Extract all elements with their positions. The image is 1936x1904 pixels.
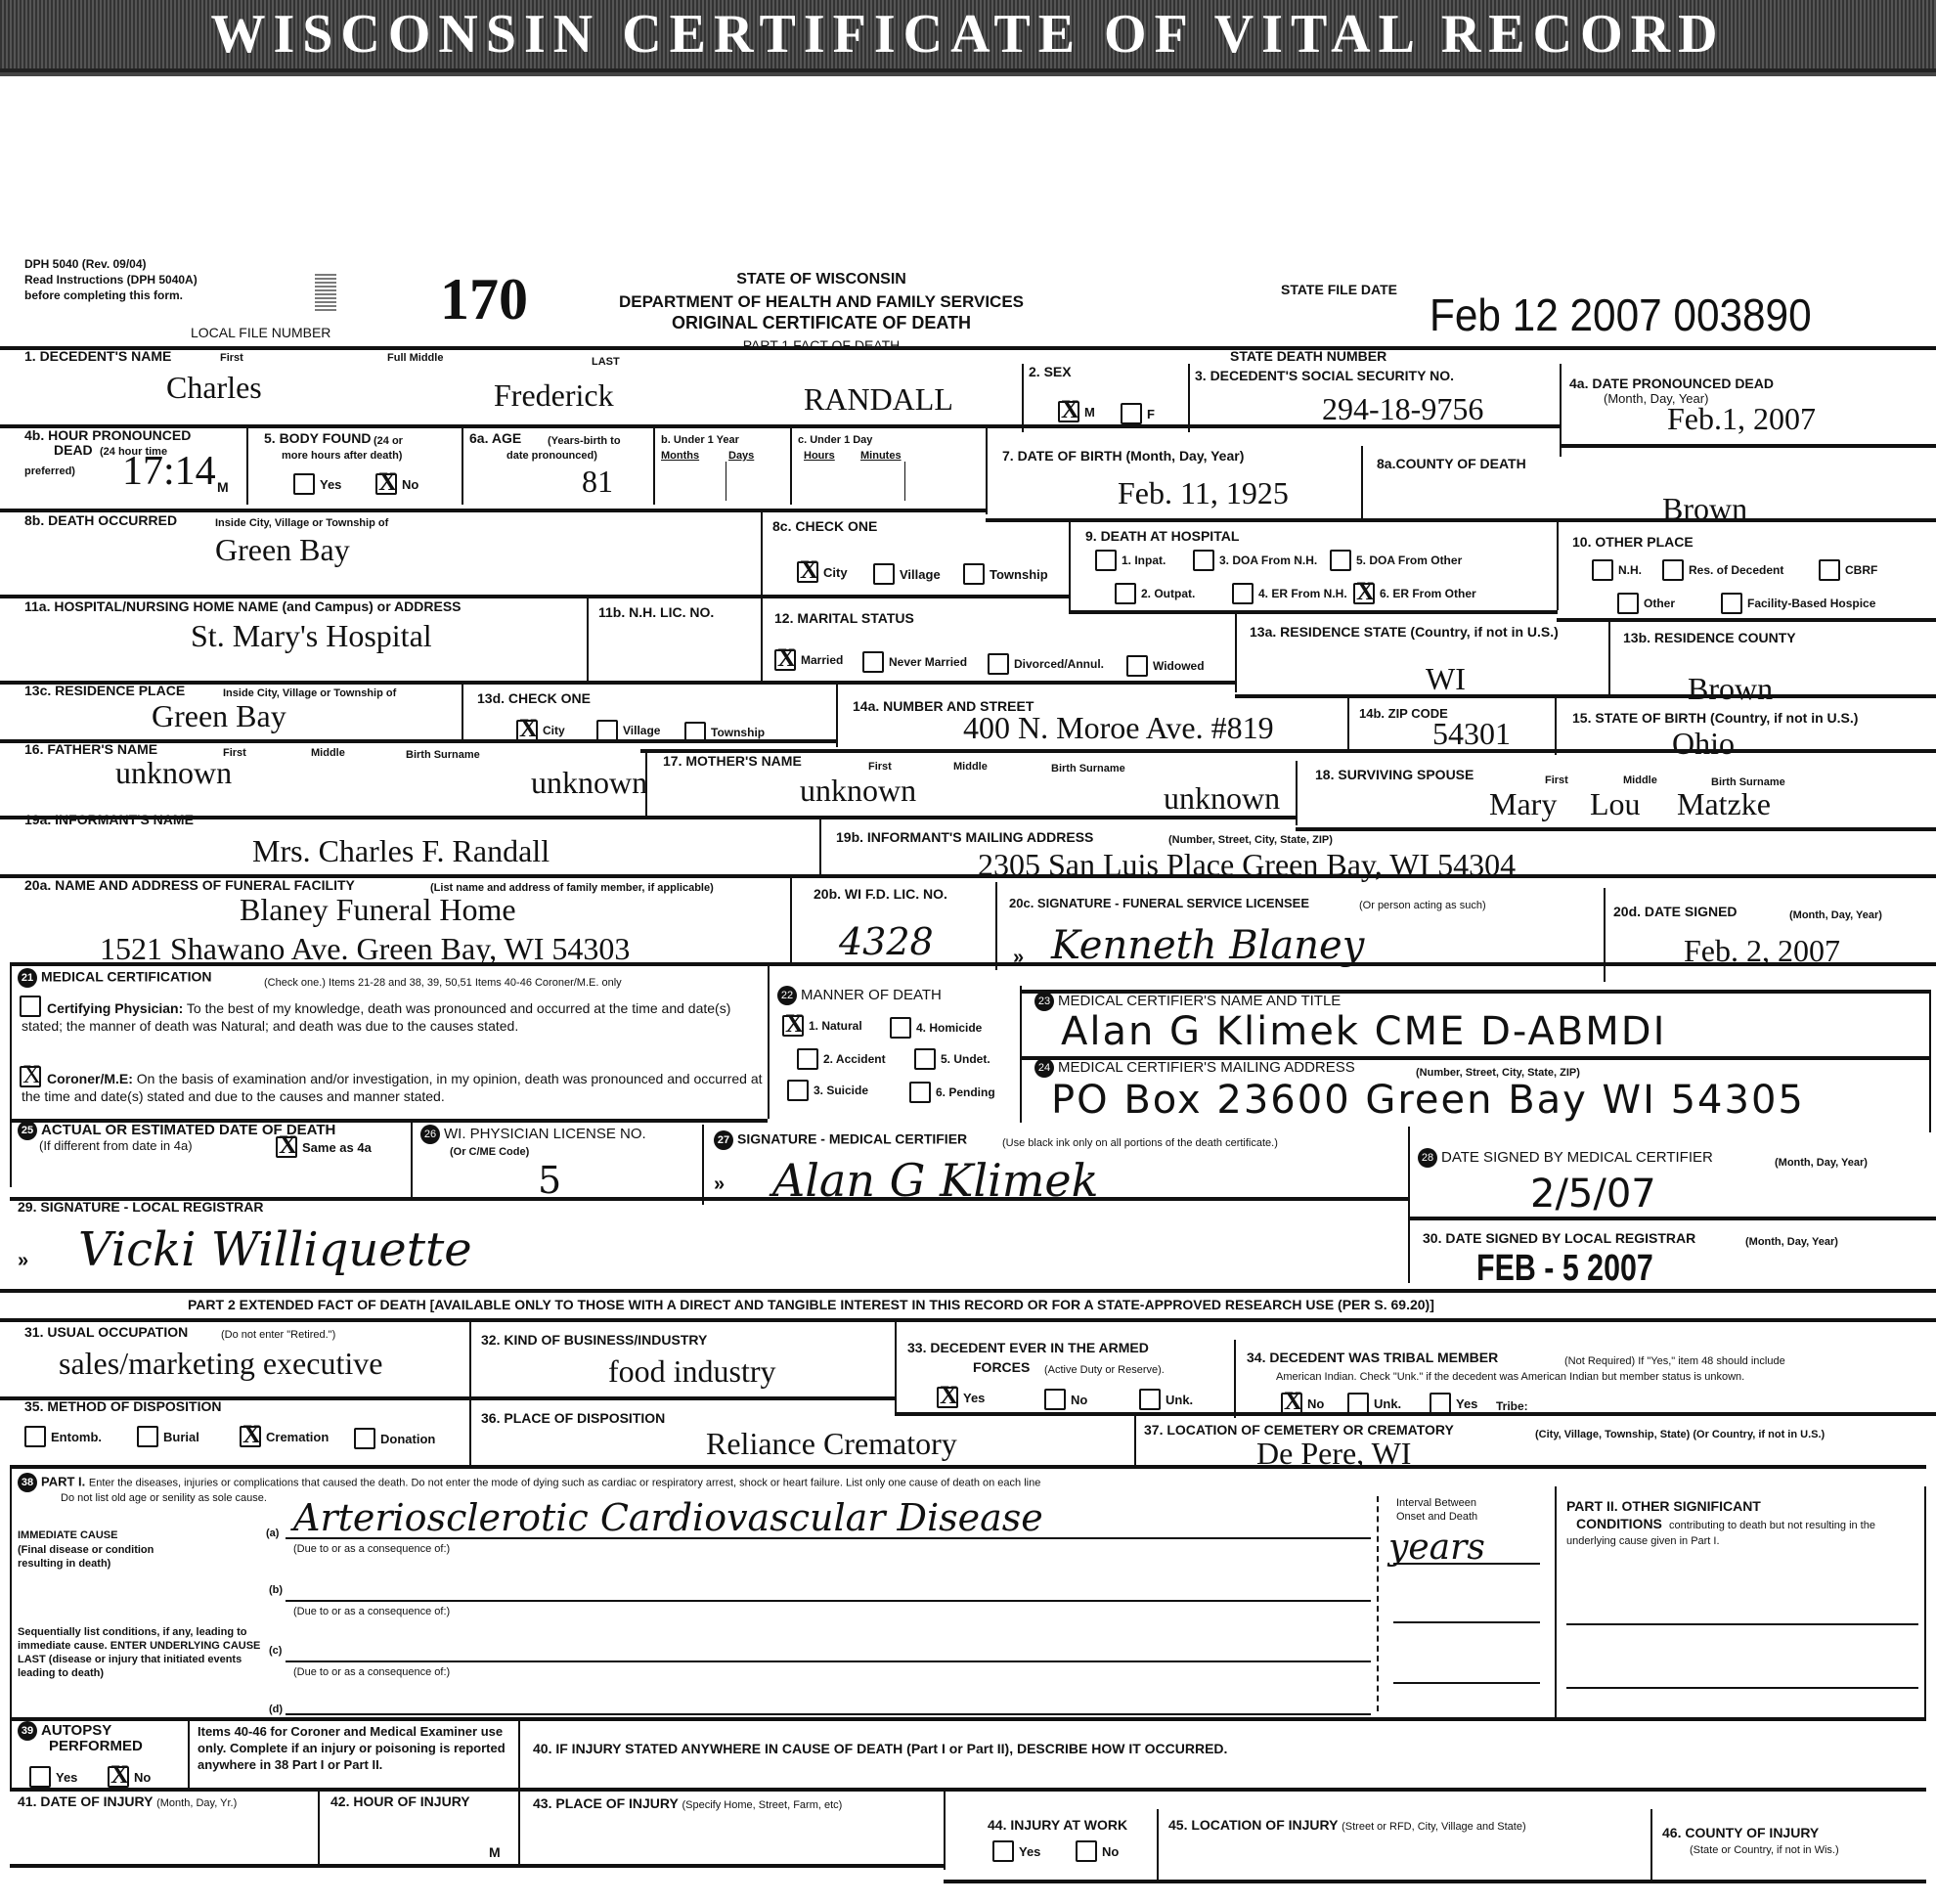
checkbox-res-city[interactable] <box>516 720 538 741</box>
check-one-label: 8c. CHECK ONE <box>772 518 877 534</box>
medical-cert-label: 21MEDICAL CERTIFICATION <box>18 968 211 988</box>
occupation-label: 31. USUAL OCCUPATION <box>24 1324 188 1340</box>
hospital-outpat[interactable]: 2. Outpat. <box>1115 583 1195 604</box>
fd-lic-value[interactable]: 4328 <box>839 921 934 962</box>
marital-married[interactable]: Married <box>774 649 843 671</box>
funeral-facility-name[interactable]: Blaney Funeral Home <box>240 892 516 927</box>
under-1-year-label: b. Under 1 Year <box>661 432 739 448</box>
industry-label: 32. KIND OF BUSINESS/INDUSTRY <box>481 1332 707 1348</box>
injury-description-label: 40. IF INJURY STATED ANYWHERE IN CAUSE O… <box>533 1741 1227 1756</box>
cause-a-interval[interactable]: years <box>1388 1528 1485 1568</box>
checkbox-male[interactable] <box>1058 401 1079 422</box>
certificate-title: ORIGINAL CERTIFICATE OF DEATH <box>577 315 1066 331</box>
local-file-number: 170 <box>440 266 528 333</box>
checkbox-tribal-yes[interactable] <box>1430 1393 1451 1414</box>
residence-state-value[interactable]: WI <box>1426 661 1466 696</box>
physician-statement: Certifying Physician: To the best of my … <box>22 999 765 1035</box>
checkbox-other[interactable] <box>1617 593 1639 614</box>
interval-label: Interval Between Onset and Death <box>1396 1496 1504 1524</box>
checkbox-nh[interactable] <box>1592 559 1613 581</box>
tribal-unk[interactable]: Unk. <box>1347 1393 1401 1414</box>
tribal-yes[interactable]: Yes <box>1430 1393 1477 1414</box>
body-found-label: 5. BODY FOUND <box>264 430 371 446</box>
county-of-death-label: 8a.COUNTY OF DEATH <box>1377 456 1526 471</box>
residence-place-value[interactable]: Green Bay <box>152 698 286 733</box>
checkbox-res-village[interactable] <box>596 720 618 741</box>
divider <box>0 346 1936 350</box>
ssn-label: 3. DECEDENT'S SOCIAL SECURITY NO. <box>1195 368 1454 383</box>
checkbox-village[interactable] <box>873 563 895 585</box>
marital-never-married[interactable]: Never Married <box>862 651 967 673</box>
cause-part1-heading: 38PART I. Enter the diseases, injuries o… <box>18 1473 1040 1492</box>
checkbox-burial[interactable] <box>137 1426 158 1447</box>
other-place-label: 10. OTHER PLACE <box>1572 534 1694 550</box>
registrar-date-label: 30. DATE SIGNED BY LOCAL REGISTRAR <box>1423 1230 1695 1246</box>
checkbox-injury-work-yes[interactable] <box>992 1840 1014 1862</box>
checkbox-er-other[interactable] <box>1353 583 1375 604</box>
cause-a-value[interactable]: Arteriosclerotic Cardiovascular Disease <box>293 1496 1043 1539</box>
autopsy-yes[interactable]: Yes <box>29 1766 77 1788</box>
other-place-residence[interactable]: Res. of Decedent <box>1662 559 1783 581</box>
marital-divorced[interactable]: Divorced/Annul. <box>988 653 1104 675</box>
disposition-method-label: 35. METHOD OF DISPOSITION <box>24 1398 221 1414</box>
hospital-name-label: 11a. HOSPITAL/NURSING HOME NAME (and Cam… <box>24 598 462 614</box>
injury-place-label: 43. PLACE OF INJURY (Specify Home, Stree… <box>533 1795 842 1813</box>
checkbox-never-married[interactable] <box>862 651 884 673</box>
funeral-facility-label: 20a. NAME AND ADDRESS OF FUNERAL FACILIT… <box>24 877 355 893</box>
disposition-place-label: 36. PLACE OF DISPOSITION <box>481 1410 665 1426</box>
hospital-doa-nh[interactable]: 3. DOA From N.H. <box>1193 550 1317 571</box>
injury-at-work-no[interactable]: No <box>1076 1840 1119 1862</box>
armed-forces-no[interactable]: No <box>1044 1389 1087 1410</box>
certifier-address-value[interactable]: PO Box 23600 Green Bay WI 54305 <box>1051 1080 1805 1121</box>
checkbox-donation[interactable] <box>354 1428 375 1449</box>
hospital-er-other[interactable]: 6. ER From Other <box>1353 583 1476 604</box>
signature-arrow-icon: » <box>18 1250 28 1272</box>
dob-value[interactable]: Feb. 11, 1925 <box>1118 475 1289 510</box>
banner-title: WISCONSIN CERTIFICATE OF VITAL RECORD <box>147 4 1789 65</box>
checkbox-tribal-no[interactable] <box>1281 1393 1302 1414</box>
other-place-other[interactable]: Other <box>1617 593 1675 614</box>
decedent-last-name[interactable]: RANDALL <box>804 381 953 417</box>
instructions-line-2: before completing this form. <box>24 288 183 303</box>
residence-check-label: 13d. CHECK ONE <box>477 690 591 706</box>
date-signed-label: 20d. DATE SIGNED <box>1613 904 1738 919</box>
disposition-place-value[interactable]: Reliance Crematory <box>706 1426 957 1461</box>
armed-forces-yes[interactable]: Yes <box>937 1387 985 1408</box>
checkbox-entomb[interactable] <box>24 1426 46 1447</box>
state-file-date: Feb 12 2007 003890 <box>1430 288 1812 341</box>
mother-name-label: 17. MOTHER'S NAME <box>663 753 802 769</box>
marital-widowed[interactable]: Widowed <box>1126 655 1205 677</box>
death-at-hospital-label: 9. DEATH AT HOSPITAL <box>1085 528 1239 544</box>
checkbox-city[interactable] <box>797 561 818 583</box>
manner-natural[interactable]: 1. Natural <box>782 1015 862 1037</box>
checkbox-township[interactable] <box>963 563 985 585</box>
manner-of-death-label: 22MANNER OF DEATH <box>777 986 942 1005</box>
checkbox-divorced[interactable] <box>988 653 1009 675</box>
checkbox-residence[interactable] <box>1662 559 1684 581</box>
injury-hour-label: 42. HOUR OF INJURY <box>330 1793 470 1809</box>
manner-undetermined[interactable]: 5. Undet. <box>914 1048 990 1070</box>
last-label: LAST <box>592 354 620 370</box>
tribal-no[interactable]: No <box>1281 1393 1324 1414</box>
checkbox-inpat[interactable] <box>1095 550 1117 571</box>
death-place-city[interactable]: City <box>797 561 848 583</box>
certifier-date-value[interactable]: 2/5/07 <box>1530 1173 1656 1215</box>
instructions-line-1: Read Instructions (DPH 5040A) <box>24 272 198 288</box>
checkbox-same-as-4a[interactable] <box>276 1136 297 1158</box>
hospital-er-nh[interactable]: 4. ER From N.H. <box>1232 583 1347 604</box>
spouse-middle-value[interactable]: Lou <box>1590 786 1641 821</box>
date-pronounced-label: 4a. DATE PRONOUNCED DEAD <box>1569 376 1774 391</box>
state-of-birth-value[interactable]: Ohio <box>1672 726 1735 761</box>
department-title: DEPARTMENT OF HEALTH AND FAMILY SERVICES <box>577 294 1066 310</box>
injury-county-label: 46. COUNTY OF INJURY <box>1662 1825 1819 1840</box>
certifier-signature-label: 27SIGNATURE - MEDICAL CERTIFIER <box>714 1130 967 1150</box>
state-title: STATE OF WISCONSIN <box>577 272 1066 288</box>
banner-divider <box>0 72 1936 76</box>
hour-pronounced-label: 4b. HOUR PRONOUNCED <box>24 427 191 443</box>
other-place-nh[interactable]: N.H. <box>1592 559 1642 581</box>
certifier-date-label: 28DATE SIGNED BY MEDICAL CERTIFIER <box>1418 1148 1713 1168</box>
signature-arrow-icon: » <box>714 1173 725 1196</box>
state-file-date-label: STATE FILE DATE <box>1281 282 1397 297</box>
registrar-signature[interactable]: Vicki Williquette <box>78 1222 472 1277</box>
checkbox-married[interactable] <box>774 649 796 671</box>
checkbox-natural[interactable] <box>782 1015 804 1037</box>
decedent-first-name[interactable]: Charles <box>166 370 262 405</box>
first-label: First <box>220 350 243 366</box>
hospital-inpat[interactable]: 1. Inpat. <box>1095 550 1166 571</box>
hospital-doa-other[interactable]: 5. DOA From Other <box>1330 550 1462 571</box>
age-label: 6a. AGE <box>469 430 521 446</box>
state-of-birth-label: 15. STATE OF BIRTH (Country, if not in U… <box>1572 710 1858 726</box>
state-death-number-label: STATE DEATH NUMBER <box>1230 348 1386 364</box>
residence-city[interactable]: City <box>516 720 565 741</box>
decedent-name-label: 1. DECEDENT'S NAME <box>24 348 171 364</box>
checkbox-armed-unk[interactable] <box>1139 1389 1161 1410</box>
informant-name-value[interactable]: Mrs. Charles F. Randall <box>252 833 550 868</box>
autopsy-no[interactable]: No <box>108 1766 151 1788</box>
father-surname-value[interactable]: unknown <box>531 765 647 800</box>
checkbox-hospice[interactable] <box>1721 593 1742 614</box>
local-file-number-label: LOCAL FILE NUMBER <box>191 325 330 340</box>
other-place-hospice[interactable]: Facility-Based Hospice <box>1721 593 1875 614</box>
ssn-value[interactable]: 294-18-9756 <box>1322 391 1483 426</box>
checkbox-cremation[interactable] <box>240 1426 261 1447</box>
age-value[interactable]: 81 <box>582 464 613 499</box>
checkbox-widowed[interactable] <box>1126 655 1148 677</box>
funeral-facility-address[interactable]: 1521 Shawano Ave. Green Bay, WI 54303 <box>100 931 630 966</box>
checkbox-pending[interactable] <box>909 1082 931 1103</box>
injury-at-work-label: 44. INJURY AT WORK <box>988 1817 1127 1833</box>
form-id: DPH 5040 (Rev. 09/04) <box>24 256 147 272</box>
funeral-signature-label: 20c. SIGNATURE - FUNERAL SERVICE LICENSE… <box>1009 896 1309 911</box>
registrar-signature-label: 29. SIGNATURE - LOCAL REGISTRAR <box>18 1199 264 1215</box>
checkbox-doa-nh[interactable] <box>1193 550 1214 571</box>
checkbox-armed-yes[interactable] <box>937 1387 958 1408</box>
registrar-date-stamp[interactable]: FEB - 5 2007 <box>1476 1248 1653 1290</box>
spouse-surname-value[interactable]: Matzke <box>1677 786 1771 821</box>
mother-surname-value[interactable]: unknown <box>1164 780 1280 816</box>
sex-label: 2. SEX <box>1029 364 1072 379</box>
disposition-entomb[interactable]: Entomb. <box>24 1426 102 1447</box>
armed-forces-unk[interactable]: Unk. <box>1139 1389 1193 1410</box>
injury-location-label: 45. LOCATION OF INJURY (Street or RFD, C… <box>1168 1817 1526 1835</box>
injury-at-work-yes[interactable]: Yes <box>992 1840 1040 1862</box>
death-occurred-value[interactable]: Green Bay <box>215 532 350 567</box>
residence-village[interactable]: Village <box>596 720 660 741</box>
sex-female-option[interactable]: F <box>1121 403 1155 424</box>
injury-date-label: 41. DATE OF INJURY (Month, Day, Yr.) <box>18 1793 237 1811</box>
other-place-cbrf[interactable]: CBRF <box>1819 559 1877 581</box>
industry-value[interactable]: food industry <box>608 1353 776 1389</box>
coroner-statement: Coroner/M.E: On the basis of examination… <box>22 1070 765 1105</box>
sex-male-option[interactable]: M <box>1058 401 1095 422</box>
part1-title: PART 1 FACT OF DEATH <box>577 337 1066 353</box>
residence-place-label: 13c. RESIDENCE PLACE <box>24 683 185 698</box>
dob-label: 7. DATE OF BIRTH (Month, Day, Year) <box>1002 448 1244 464</box>
certificate-banner: WISCONSIN CERTIFICATE OF VITAL RECORD <box>0 0 1936 74</box>
date-pronounced-value[interactable]: Feb.1, 2007 <box>1667 401 1816 436</box>
disposition-donation[interactable]: Donation <box>354 1428 435 1449</box>
body-found-no[interactable]: No <box>375 473 418 495</box>
middle-label: Full Middle <box>387 350 443 366</box>
decedent-middle-name[interactable]: Frederick <box>494 377 614 413</box>
checkbox-undetermined[interactable] <box>914 1048 936 1070</box>
same-as-4a-option[interactable]: Same as 4a <box>276 1136 372 1158</box>
manner-accident[interactable]: 2. Accident <box>797 1048 886 1070</box>
checkbox-armed-no[interactable] <box>1044 1389 1066 1410</box>
checkbox-autopsy-no[interactable] <box>108 1766 129 1788</box>
sequential-instructions: Sequentially list conditions, if any, le… <box>18 1625 262 1680</box>
checkbox-body-found-no[interactable] <box>375 473 397 495</box>
certifier-name-value[interactable]: Alan G Klimek CME D-ABMDI <box>1061 1011 1666 1052</box>
checkbox-injury-work-no[interactable] <box>1076 1840 1097 1862</box>
zip-value[interactable]: 54301 <box>1432 716 1511 751</box>
death-place-township[interactable]: Township <box>963 563 1048 585</box>
informant-name-label: 19a. INFORMANT'S NAME <box>24 812 194 827</box>
mother-first-value[interactable]: unknown <box>800 773 916 808</box>
armed-forces-label: 33. DECEDENT EVER IN THE ARMED <box>907 1340 1149 1355</box>
checkbox-accident[interactable] <box>797 1048 818 1070</box>
fd-lic-label: 20b. WI F.D. LIC. NO. <box>814 886 947 902</box>
manner-suicide[interactable]: 3. Suicide <box>787 1080 868 1101</box>
license-no-value[interactable]: 5 <box>538 1160 561 1201</box>
spouse-first-value[interactable]: Mary <box>1489 786 1557 821</box>
checkbox-cbrf[interactable] <box>1819 559 1840 581</box>
informant-address-label: 19b. INFORMANT'S MAILING ADDRESS <box>836 829 1093 845</box>
disposition-burial[interactable]: Burial <box>137 1426 199 1447</box>
immediate-cause-label: IMMEDIATE CAUSE <box>18 1528 117 1543</box>
residence-county-label: 13b. RESIDENCE COUNTY <box>1623 630 1796 645</box>
license-no-label: 26WI. PHYSICIAN LICENSE NO. <box>420 1125 646 1144</box>
manner-pending[interactable]: 6. Pending <box>909 1082 995 1103</box>
death-occurred-label: 8b. DEATH OCCURRED <box>24 512 177 528</box>
hospital-name-value[interactable]: St. Mary's Hospital <box>191 618 432 653</box>
nh-lic-label: 11b. N.H. LIC. NO. <box>598 604 714 620</box>
certifier-name-label: 23MEDICAL CERTIFIER'S NAME AND TITLE <box>1034 992 1341 1011</box>
other-conditions-label: PART II. OTHER SIGNIFICANT <box>1566 1498 1761 1514</box>
checkbox-suicide[interactable] <box>787 1080 809 1101</box>
checkbox-er-nh[interactable] <box>1232 583 1254 604</box>
checkbox-body-found-yes[interactable] <box>293 473 315 495</box>
occupation-value[interactable]: sales/marketing executive <box>59 1346 382 1381</box>
body-found-yes[interactable]: Yes <box>293 473 341 495</box>
residence-county-value[interactable]: Brown <box>1688 671 1773 706</box>
coroner-note: Items 40-46 for Coroner and Medical Exam… <box>198 1723 510 1773</box>
checkbox-homicide[interactable] <box>890 1017 911 1039</box>
hour-pronounced-value[interactable]: 17:14 <box>122 448 216 495</box>
spouse-label: 18. SURVIVING SPOUSE <box>1315 767 1474 782</box>
residence-state-label: 13a. RESIDENCE STATE (Country, if not in… <box>1250 624 1559 640</box>
tribal-member-label: 34. DECEDENT WAS TRIBAL MEMBER <box>1247 1350 1498 1365</box>
marital-status-label: 12. MARITAL STATUS <box>774 610 914 626</box>
checkbox-tribal-unk[interactable] <box>1347 1393 1369 1414</box>
checkbox-doa-other[interactable] <box>1330 550 1351 571</box>
death-place-village[interactable]: Village <box>873 563 941 585</box>
checkbox-female[interactable] <box>1121 403 1142 424</box>
certifier-address-label: 24MEDICAL CERTIFIER'S MAILING ADDRESS <box>1034 1058 1355 1078</box>
father-first-value[interactable]: unknown <box>115 755 232 790</box>
part2-title: PART 2 EXTENDED FACT OF DEATH [AVAILABLE… <box>188 1297 1434 1312</box>
manner-homicide[interactable]: 4. Homicide <box>890 1017 982 1039</box>
checkbox-autopsy-yes[interactable] <box>29 1766 51 1788</box>
checkbox-outpat[interactable] <box>1115 583 1136 604</box>
street-value[interactable]: 400 N. Moroe Ave. #819 <box>963 710 1274 745</box>
under-1-day-label: c. Under 1 Day <box>798 432 872 448</box>
wisconsin-seal-icon <box>315 272 336 311</box>
disposition-cremation[interactable]: Cremation <box>240 1426 329 1447</box>
